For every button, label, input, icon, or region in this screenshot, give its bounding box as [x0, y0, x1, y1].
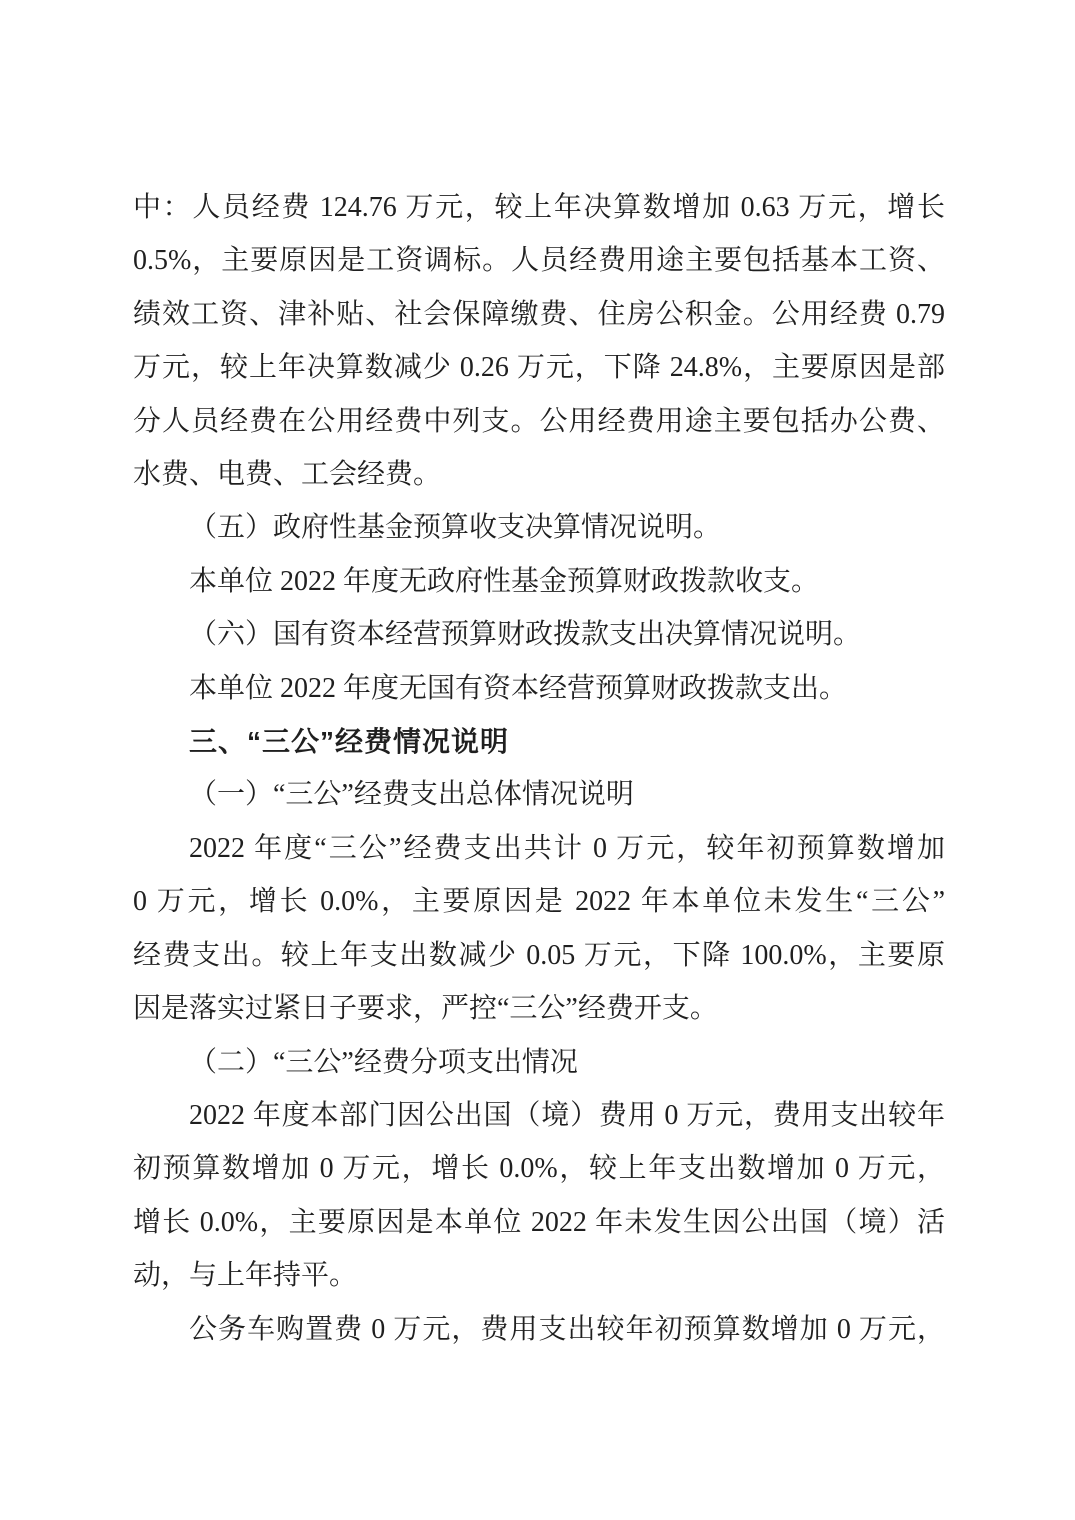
paragraph-sangong-overall: 2022 年度“三公”经费支出共计 0 万元，较年初预算数增加 0 万元，增长 … [133, 822, 945, 1036]
text-line: 2022 年度“三公”经费支出共计 0 万元，较年初预算数增加 [133, 822, 945, 875]
text-line: 经费支出。较上年支出数减少 0.05 万元，下降 100.0%，主要原 [133, 929, 945, 982]
text-line: 中：人员经费 124.76 万元，较上年决算数增加 0.63 万元，增长 [133, 181, 945, 234]
subsection-3-2-title: （二）“三公”经费分项支出情况 [133, 1036, 945, 1089]
text-line: 本单位 2022 年度无国有资本经营预算财政拨款支出。 [133, 662, 945, 715]
paragraph-vehicle-purchase: 公务车购置费 0 万元，费用支出较年初预算数增加 0 万元， [133, 1303, 945, 1356]
heading-text: 三、“三公”经费情况说明 [133, 715, 945, 768]
text-line: 万元，较上年决算数减少 0.26 万元，下降 24.8%，主要原因是部 [133, 341, 945, 394]
text-line: 2022 年度本部门因公出国（境）费用 0 万元，费用支出较年 [133, 1089, 945, 1142]
text-line: 初预算数增加 0 万元，增长 0.0%，较上年支出数增加 0 万元， [133, 1142, 945, 1195]
document-page: 中：人员经费 124.76 万元，较上年决算数增加 0.63 万元，增长 0.5… [0, 0, 1075, 1520]
text-line: 绩效工资、津补贴、社会保障缴费、住房公积金。公用经费 0.79 [133, 288, 945, 341]
page-content: 中：人员经费 124.76 万元，较上年决算数增加 0.63 万元，增长 0.5… [133, 181, 945, 1356]
subsection-3-1-title: （一）“三公”经费支出总体情况说明 [133, 768, 945, 821]
paragraph-personnel-public-expense: 中：人员经费 124.76 万元，较上年决算数增加 0.63 万元，增长 0.5… [133, 181, 945, 501]
text-line: （一）“三公”经费支出总体情况说明 [133, 768, 945, 821]
paragraph-government-fund-note: 本单位 2022 年度无政府性基金预算财政拨款收支。 [133, 555, 945, 608]
paragraph-abroad-expense: 2022 年度本部门因公出国（境）费用 0 万元，费用支出较年 初预算数增加 0… [133, 1089, 945, 1303]
text-line: 分人员经费在公用经费中列支。公用经费用途主要包括办公费、 [133, 395, 945, 448]
text-line: （六）国有资本经营预算财政拨款支出决算情况说明。 [133, 608, 945, 661]
text-line: （二）“三公”经费分项支出情况 [133, 1036, 945, 1089]
subsection-6-title: （六）国有资本经营预算财政拨款支出决算情况说明。 [133, 608, 945, 661]
text-line: 0 万元，增长 0.0%，主要原因是 2022 年本单位未发生“三公” [133, 875, 945, 928]
text-line: 水费、电费、工会经费。 [133, 448, 945, 501]
subsection-5-title: （五）政府性基金预算收支决算情况说明。 [133, 501, 945, 554]
text-line: 因是落实过紧日子要求，严控“三公”经费开支。 [133, 982, 945, 1035]
text-line: 动，与上年持平。 [133, 1249, 945, 1302]
text-line: 0.5%，主要原因是工资调标。人员经费用途主要包括基本工资、 [133, 234, 945, 287]
text-line: 增长 0.0%，主要原因是本单位 2022 年未发生因公出国（境）活 [133, 1196, 945, 1249]
section-heading-sangong: 三、“三公”经费情况说明 [133, 715, 945, 768]
text-line: 本单位 2022 年度无政府性基金预算财政拨款收支。 [133, 555, 945, 608]
paragraph-state-capital-note: 本单位 2022 年度无国有资本经营预算财政拨款支出。 [133, 662, 945, 715]
text-line: 公务车购置费 0 万元，费用支出较年初预算数增加 0 万元， [133, 1303, 945, 1356]
text-line: （五）政府性基金预算收支决算情况说明。 [133, 501, 945, 554]
